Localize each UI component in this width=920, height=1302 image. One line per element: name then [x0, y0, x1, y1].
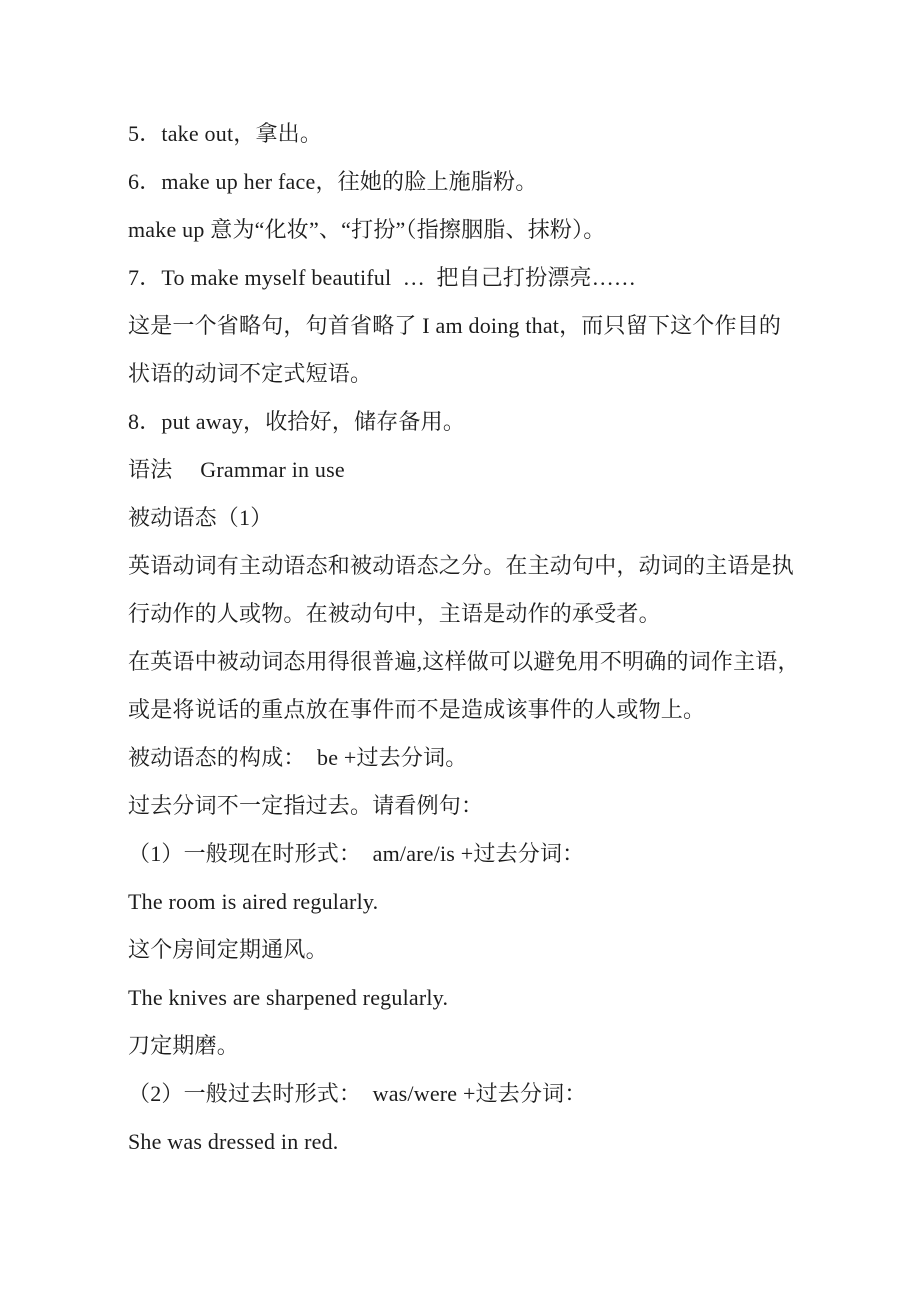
text-line: （1）一般现在时形式： am/are/is +过去分词：: [128, 830, 830, 878]
text-line: 状语的动词不定式短语。: [128, 350, 830, 398]
text-line: 6．make up her face，往她的脸上施脂粉。: [128, 158, 830, 206]
text-line: 这是一个省略句，句首省略了 I am doing that，而只留下这个作目的: [128, 302, 830, 350]
section-heading-grammar: 语法 Grammar in use: [128, 446, 830, 494]
text-line: 过去分词不一定指过去。请看例句：: [128, 782, 830, 830]
section-heading-passive-voice: 被动语态（1）: [128, 494, 830, 542]
text-line: 在英语中被动词态用得很普遍,这样做可以避免用不明确的词作主语，: [128, 638, 830, 686]
example-sentence: The knives are sharpened regularly.: [128, 974, 830, 1022]
text-line: 英语动词有主动语态和被动语态之分。在主动句中，动词的主语是执: [128, 542, 830, 590]
text-line: 7．To make myself beautiful … 把自己打扮漂亮……: [128, 254, 830, 302]
document-page: 5．take out，拿出。 6．make up her face，往她的脸上施…: [0, 0, 920, 1302]
example-sentence: The room is aired regularly.: [128, 878, 830, 926]
text-line: 8．put away，收拾好，储存备用。: [128, 398, 830, 446]
text-line: make up 意为“化妆”、“打扮”（指擦胭脂、抹粉）。: [128, 206, 830, 254]
text-line: 或是将说话的重点放在事件而不是造成该事件的人或物上。: [128, 686, 830, 734]
text-line: 行动作的人或物。在被动句中，主语是动作的承受者。: [128, 590, 830, 638]
example-translation: 刀定期磨。: [128, 1022, 830, 1070]
text-line: （2）一般过去时形式： was/were +过去分词：: [128, 1070, 830, 1118]
example-translation: 这个房间定期通风。: [128, 926, 830, 974]
example-sentence: She was dressed in red.: [128, 1118, 830, 1166]
text-line: 5．take out，拿出。: [128, 110, 830, 158]
text-line: 被动语态的构成： be +过去分词。: [128, 734, 830, 782]
